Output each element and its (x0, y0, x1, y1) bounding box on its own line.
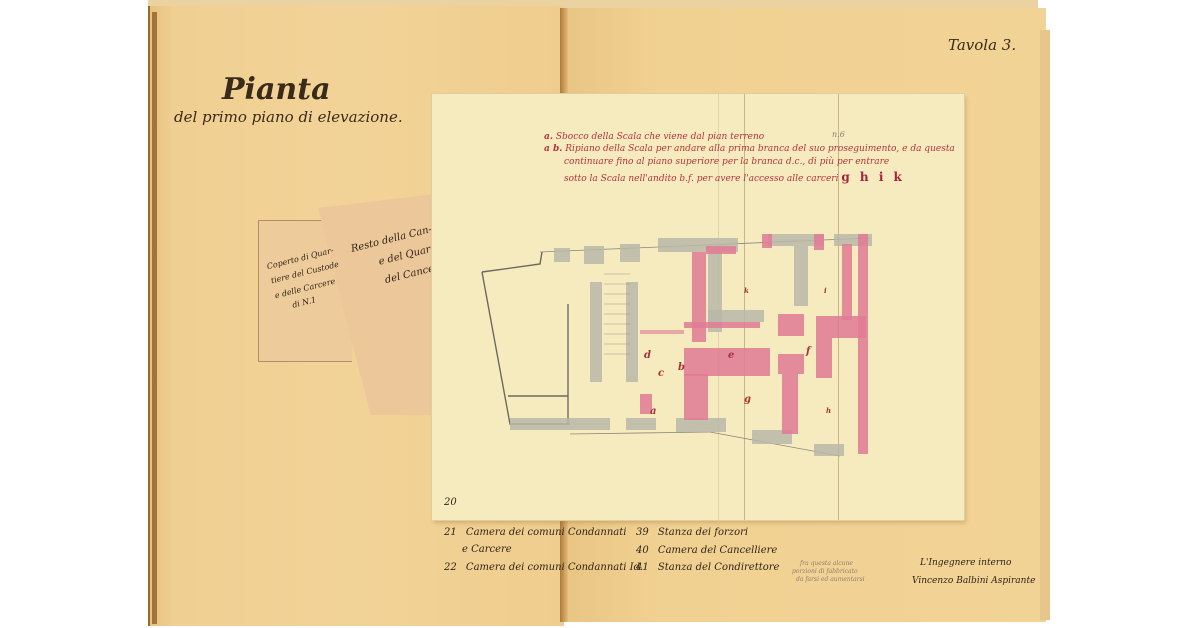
plan-label-c: c (658, 368, 664, 379)
room-entry-22: 22 Camera dei comuni Condannati Id. (444, 562, 643, 573)
plan-label-d: d (644, 350, 651, 361)
room-text: Camera del Cancelliere (658, 545, 777, 556)
room-text: Camera dei comuni Condannati (466, 527, 627, 538)
floor-plan: a b c d e f g h i k (480, 234, 880, 464)
legend-text: Ripiano della Scala per andare alla prim… (565, 144, 955, 154)
pasted-sheet: Coperto di Quar- tiere del Custode e del… (258, 190, 458, 420)
plan-label-i: i (824, 286, 827, 295)
plan-label-b: b (678, 362, 685, 373)
room-entry-21b: e Carcere (462, 544, 512, 555)
legend-text: sotto la Scala nell'andito b.f. per aver… (564, 174, 838, 184)
room-num: 21 (444, 527, 457, 538)
signature-title: L'Ingegnere interno (920, 558, 1011, 568)
room-num: 40 (636, 545, 649, 556)
tracing-overlay-sheet: n.6 a. Sbocco della Scala che viene dal … (432, 94, 964, 520)
room-entry-40: 40 Camera del Cancelliere (636, 545, 777, 556)
room-entry-21: 21 Camera dei comuni Condannati (444, 527, 626, 538)
overlay-ref-number: n.6 (832, 130, 845, 139)
legend-line-a: a. Sbocco della Scala che viene dal pian… (544, 132, 764, 142)
pencil-note-3: da farsi ed aumentarsi (796, 576, 865, 583)
plan-label-e: e (728, 350, 734, 361)
pencil-note-2: porzioni di fabbricato (792, 568, 858, 575)
room-num: 22 (444, 562, 457, 573)
plan-label-f: f (806, 346, 810, 357)
room-num-20: 20 (444, 497, 457, 508)
plate-label: Tavola 3. (948, 36, 1016, 54)
room-num: 41 (636, 562, 649, 573)
plan-label-h: h (826, 406, 831, 415)
legend-text: Sbocco della Scala che viene dal pian te… (556, 132, 764, 142)
room-entry-39: 39 Stanza dei forzori (636, 527, 748, 538)
legend-line-continue: continuare fino al piano superiore per l… (564, 157, 889, 167)
legend-line-ab: a b. Ripiano della Scala per andare alla… (544, 144, 955, 154)
pencil-note-1: fra questa alcune (800, 560, 853, 567)
room-entry-41: 41 Stanza del Condirettore (636, 562, 779, 573)
room-text: Stanza del Condirettore (658, 562, 780, 573)
plan-label-a: a (650, 406, 656, 417)
legend-key: a b. (544, 144, 562, 154)
plan-subtitle: del primo piano di elevazione. (174, 108, 403, 126)
right-page-edge (1040, 30, 1050, 620)
signature-name: Vincenzo Balbini Aspirante (912, 576, 1035, 586)
left-page-edge (152, 12, 157, 624)
plan-title: Pianta (222, 72, 331, 107)
room-text: Camera dei comuni Condannati Id. (466, 562, 643, 573)
room-text: Stanza dei forzori (658, 527, 748, 538)
plan-label-g: g (744, 394, 751, 405)
room-num: 39 (636, 527, 649, 538)
legend-key: a. (544, 132, 553, 142)
plan-label-k: k (744, 286, 749, 295)
staircase (604, 264, 630, 414)
legend-line-access: sotto la Scala nell'andito b.f. per aver… (564, 170, 905, 184)
legend-cells: g h i k (841, 170, 905, 184)
